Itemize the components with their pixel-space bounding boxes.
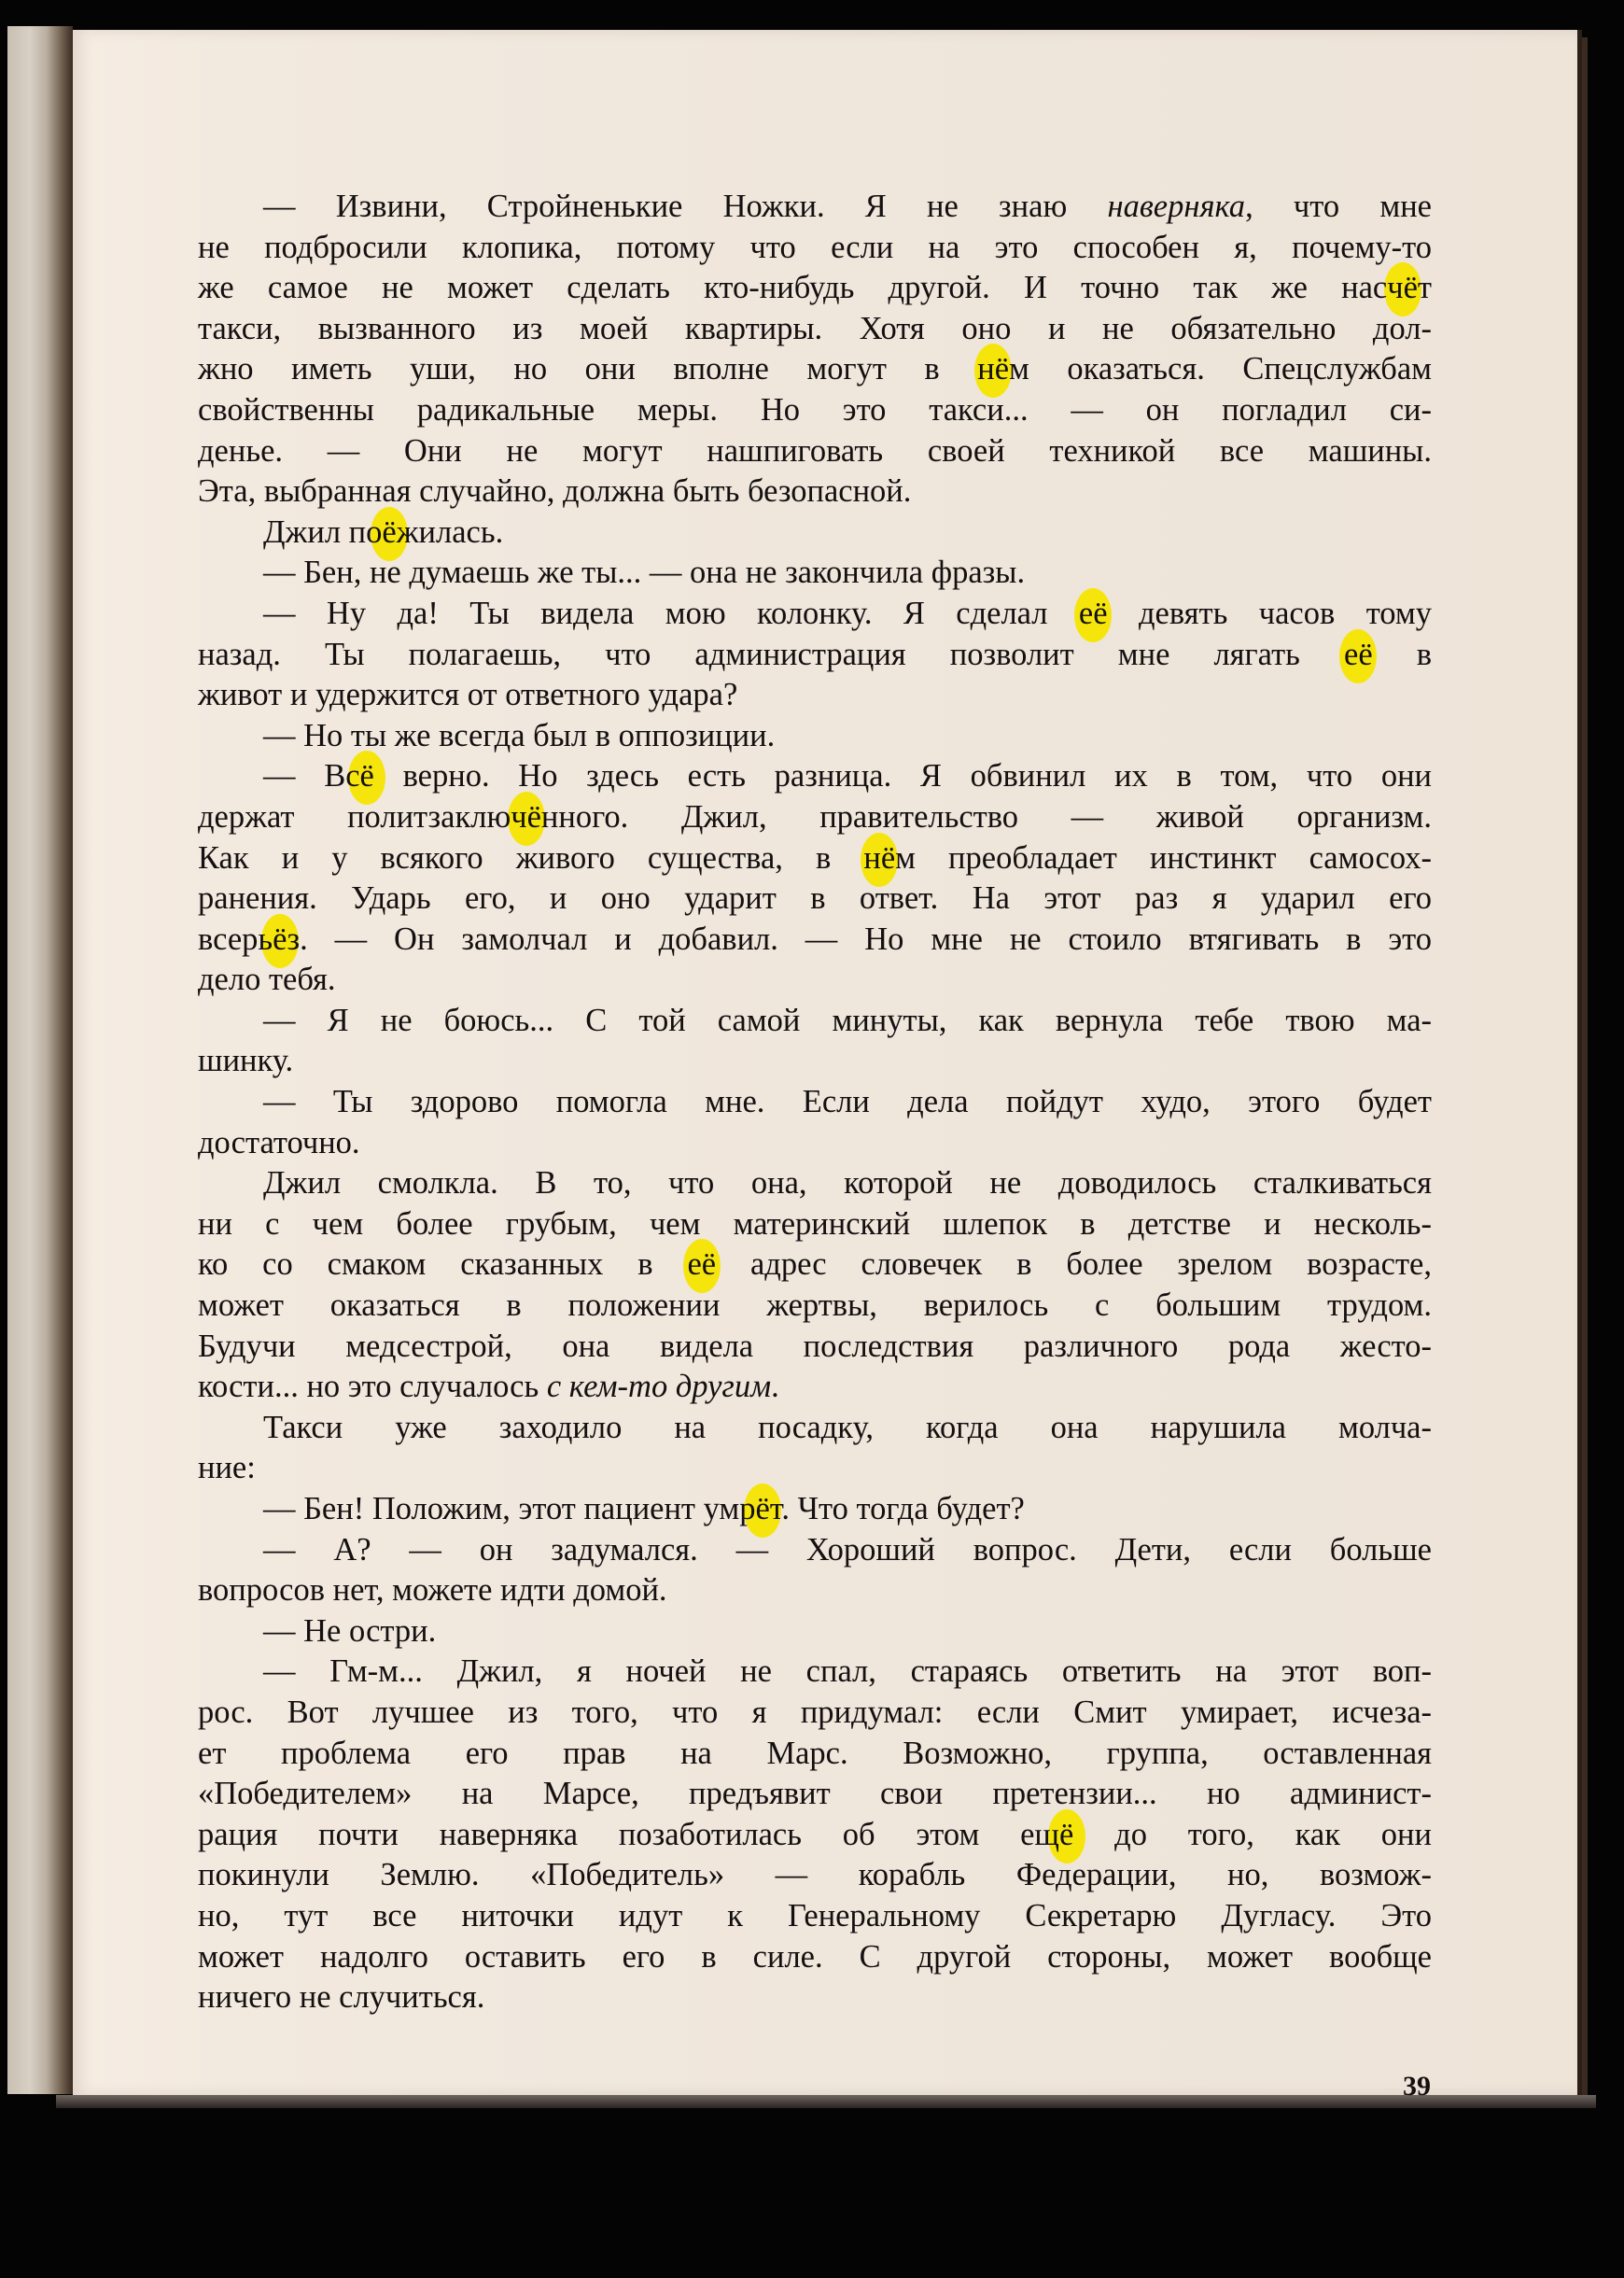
text-line: шинку. bbox=[198, 1041, 1432, 1082]
text-span: ко со смаком сказанных в bbox=[198, 1246, 687, 1282]
text-span: Джил смолкла. В то, что она, которой не … bbox=[263, 1165, 1432, 1201]
text-line: назад. Ты полагаешь, что администрация п… bbox=[198, 635, 1432, 676]
text-span: — Ты здорово помогла мне. Если дела пойд… bbox=[263, 1084, 1432, 1119]
text-span: шинку. bbox=[198, 1043, 293, 1078]
text-line: жно иметь уши, но они вполне могут в нём… bbox=[198, 349, 1432, 390]
text-span: — Я не боюсь... С той самой минуты, как … bbox=[263, 1003, 1432, 1038]
text-line: «Победителем» на Марсе, предъявит свои п… bbox=[198, 1774, 1432, 1815]
text-line: — Ты здорово помогла мне. Если дела пойд… bbox=[198, 1082, 1432, 1123]
text-span: до того, как они bbox=[1073, 1817, 1432, 1852]
text-line: но, тут все ниточки идут к Генеральному … bbox=[198, 1896, 1432, 1937]
yo-highlight-marker: ё bbox=[1059, 1817, 1073, 1852]
text-span: — Гм-м... Джил, я ночей не спал, стараяс… bbox=[263, 1653, 1432, 1689]
text-span: дело тебя. bbox=[198, 962, 336, 997]
text-span: покинули Землю. «Победитель» — корабль Ф… bbox=[198, 1857, 1432, 1892]
text-span: рация почти наверняка позаботилась об эт… bbox=[198, 1817, 1059, 1852]
text-line: ранения. Ударь его, и оно ударит в ответ… bbox=[198, 879, 1432, 920]
text-line: Джил поёжилась. bbox=[198, 513, 1432, 554]
page-body-text: — Извини, Стройненькие Ножки. Я не знаю … bbox=[198, 187, 1432, 2018]
text-span: Джил по bbox=[263, 514, 382, 550]
yo-highlight-marker: ё bbox=[382, 514, 396, 550]
italic-text: наверняка bbox=[1107, 189, 1245, 224]
page-bottom-shadow bbox=[56, 2095, 1596, 2108]
text-span: з. — Он замолчал и добавил. — Но мне не … bbox=[287, 921, 1432, 957]
text-line: денье. — Они не могут нашпиговать своей … bbox=[198, 431, 1432, 472]
text-span: Эта, выбранная случайно, должна быть без… bbox=[198, 473, 911, 509]
text-line: — Гм-м... Джил, я ночей не спал, стараяс… bbox=[198, 1652, 1432, 1693]
text-span: — Бен! Положим, этот пациент умр bbox=[263, 1491, 756, 1526]
yo-highlight-marker: ё bbox=[273, 921, 287, 957]
yo-highlight-marker: чё bbox=[1387, 270, 1418, 305]
text-line: всерьёз. — Он замолчал и добавил. — Но м… bbox=[198, 920, 1432, 961]
text-span: , что мне bbox=[1245, 189, 1432, 224]
text-span: девять часов тому bbox=[1108, 596, 1432, 631]
text-line: ко со смаком сказанных в её адрес словеч… bbox=[198, 1244, 1432, 1286]
text-span: «Победителем» на Марсе, предъявит свои п… bbox=[198, 1776, 1432, 1811]
text-line: — Ну да! Ты видела мою колонку. Я сделал… bbox=[198, 594, 1432, 635]
text-span: — Не остри. bbox=[263, 1613, 436, 1649]
text-line: — Извини, Стройненькие Ножки. Я не знаю … bbox=[198, 187, 1432, 228]
text-line: ние: bbox=[198, 1448, 1432, 1489]
text-span: ни с чем более грубым, чем материнский ш… bbox=[198, 1206, 1432, 1242]
text-line: Будучи медсестрой, она видела последстви… bbox=[198, 1327, 1432, 1368]
text-line: рос. Вот лучшее из того, что я придумал:… bbox=[198, 1693, 1432, 1734]
text-span: кости... но это случалось bbox=[198, 1369, 547, 1404]
text-span: т. Что тогда будет? bbox=[770, 1491, 1025, 1526]
text-span: жилась. bbox=[397, 514, 504, 550]
text-span: — Ну да! Ты видела мою колонку. Я сделал bbox=[263, 596, 1079, 631]
text-line: дело тебя. bbox=[198, 960, 1432, 1001]
text-span: такси, вызванного из моей квартиры. Хотя… bbox=[198, 311, 1432, 346]
text-span: жно иметь уши, но они вполне могут в bbox=[198, 351, 977, 387]
text-line: может оказаться в положении жертвы, вери… bbox=[198, 1286, 1432, 1327]
text-line: вопросов нет, можете идти домой. bbox=[198, 1570, 1432, 1611]
text-span: Такси уже заходило на посадку, когда она… bbox=[263, 1410, 1432, 1445]
text-line: Такси уже заходило на посадку, когда она… bbox=[198, 1408, 1432, 1449]
text-line: — Бен! Положим, этот пациент умрёт. Что … bbox=[198, 1489, 1432, 1530]
text-span: всерь bbox=[198, 921, 273, 957]
text-span: не подбросили клопика, потому что если н… bbox=[198, 230, 1432, 265]
page-edge bbox=[1582, 37, 1588, 2096]
text-line: — А? — он задумался. — Хороший вопрос. Д… bbox=[198, 1530, 1432, 1571]
text-span: Будучи медсестрой, она видела последстви… bbox=[198, 1329, 1432, 1364]
text-line: живот и удержится от ответного удара? bbox=[198, 675, 1432, 716]
text-span: — Извини, Стройненькие Ножки. Я не знаю bbox=[263, 189, 1107, 224]
text-line: — Всё верно. Но здесь есть разница. Я об… bbox=[198, 756, 1432, 797]
text-span: адрес словечек в более зрелом возрасте, bbox=[716, 1246, 1432, 1282]
text-span: — Вс bbox=[263, 758, 360, 794]
yo-highlight-marker: нё bbox=[977, 351, 1009, 387]
yo-highlight-marker: ё bbox=[360, 758, 374, 794]
text-line: же самое не может сделать кто-нибудь дру… bbox=[198, 268, 1432, 309]
text-line: — Не остри. bbox=[198, 1611, 1432, 1652]
text-span: в bbox=[1373, 637, 1432, 672]
text-line: может надолго оставить его в силе. С дру… bbox=[198, 1937, 1432, 1978]
text-span: ранения. Ударь его, и оно ударит в ответ… bbox=[198, 880, 1432, 916]
text-span: живот и удержится от ответного удара? bbox=[198, 677, 737, 712]
text-span: может надолго оставить его в силе. С дру… bbox=[198, 1939, 1432, 1975]
text-line: — Но ты же всегда был в оппозиции. bbox=[198, 716, 1432, 757]
text-line: Как и у всякого живого существа, в нём п… bbox=[198, 838, 1432, 879]
yo-highlight-marker: ё bbox=[756, 1491, 770, 1526]
text-span: верно. Но здесь есть разница. Я обвинил … bbox=[374, 758, 1432, 794]
yo-highlight-marker: чё bbox=[511, 799, 541, 835]
text-span: держат политзаклю bbox=[198, 799, 511, 835]
text-line: ни с чем более грубым, чем материнский ш… bbox=[198, 1204, 1432, 1245]
page-number: 39 bbox=[1403, 2071, 1431, 2102]
text-span: рос. Вот лучшее из того, что я придумал:… bbox=[198, 1694, 1432, 1730]
text-span: свойственны радикальные меры. Но это так… bbox=[198, 392, 1432, 428]
text-span: нного. Джил, правительство — живой орган… bbox=[541, 799, 1432, 835]
yo-highlight-marker: нё bbox=[863, 840, 895, 876]
text-span: — Но ты же всегда был в оппозиции. bbox=[263, 718, 775, 753]
yo-highlight-marker: её bbox=[1079, 596, 1108, 631]
text-line: Джил смолкла. В то, что она, которой не … bbox=[198, 1163, 1432, 1204]
text-line: Эта, выбранная случайно, должна быть без… bbox=[198, 471, 1432, 513]
text-span: — Бен, не думаешь же ты... — она не зако… bbox=[263, 555, 1025, 590]
text-line: покинули Землю. «Победитель» — корабль Ф… bbox=[198, 1855, 1432, 1896]
book-spine bbox=[7, 26, 73, 2094]
text-span: ничего не случиться. bbox=[198, 1979, 484, 2015]
text-span: может оказаться в положении жертвы, вери… bbox=[198, 1287, 1432, 1323]
text-span: же самое не может сделать кто-нибудь дру… bbox=[198, 270, 1387, 305]
text-span: назад. Ты полагаешь, что администрация п… bbox=[198, 637, 1344, 672]
yo-highlight-marker: её bbox=[1344, 637, 1373, 672]
text-line: свойственны радикальные меры. Но это так… bbox=[198, 390, 1432, 431]
text-span: вопросов нет, можете идти домой. bbox=[198, 1572, 667, 1608]
yo-highlight-marker: её bbox=[687, 1246, 716, 1282]
text-span: ние: bbox=[198, 1450, 256, 1485]
text-span: . bbox=[771, 1369, 779, 1404]
text-span: — А? — он задумался. — Хороший вопрос. Д… bbox=[263, 1532, 1432, 1568]
text-line: достаточно. bbox=[198, 1123, 1432, 1164]
italic-text: с кем-то другим bbox=[547, 1369, 771, 1404]
text-span: м преобладает инстинкт самосох- bbox=[895, 840, 1432, 876]
text-span: т bbox=[1418, 270, 1432, 305]
text-line: держат политзаключённого. Джил, правител… bbox=[198, 797, 1432, 838]
text-span: денье. — Они не могут нашпиговать своей … bbox=[198, 433, 1432, 469]
text-span: м оказаться. Спецслужбам bbox=[1009, 351, 1432, 387]
text-line: не подбросили клопика, потому что если н… bbox=[198, 228, 1432, 269]
text-line: — Бен, не думаешь же ты... — она не зако… bbox=[198, 553, 1432, 594]
text-line: рация почти наверняка позаботилась об эт… bbox=[198, 1815, 1432, 1856]
text-line: кости... но это случалось с кем-то други… bbox=[198, 1367, 1432, 1408]
text-span: Как и у всякого живого существа, в bbox=[198, 840, 863, 876]
text-span: но, тут все ниточки идут к Генеральному … bbox=[198, 1898, 1432, 1933]
text-line: — Я не боюсь... С той самой минуты, как … bbox=[198, 1001, 1432, 1042]
text-line: ет проблема его прав на Марс. Возможно, … bbox=[198, 1734, 1432, 1775]
text-line: такси, вызванного из моей квартиры. Хотя… bbox=[198, 309, 1432, 350]
text-span: достаточно. bbox=[198, 1125, 360, 1160]
text-span: ет проблема его прав на Марс. Возможно, … bbox=[198, 1736, 1432, 1771]
text-line: ничего не случиться. bbox=[198, 1977, 1432, 2018]
